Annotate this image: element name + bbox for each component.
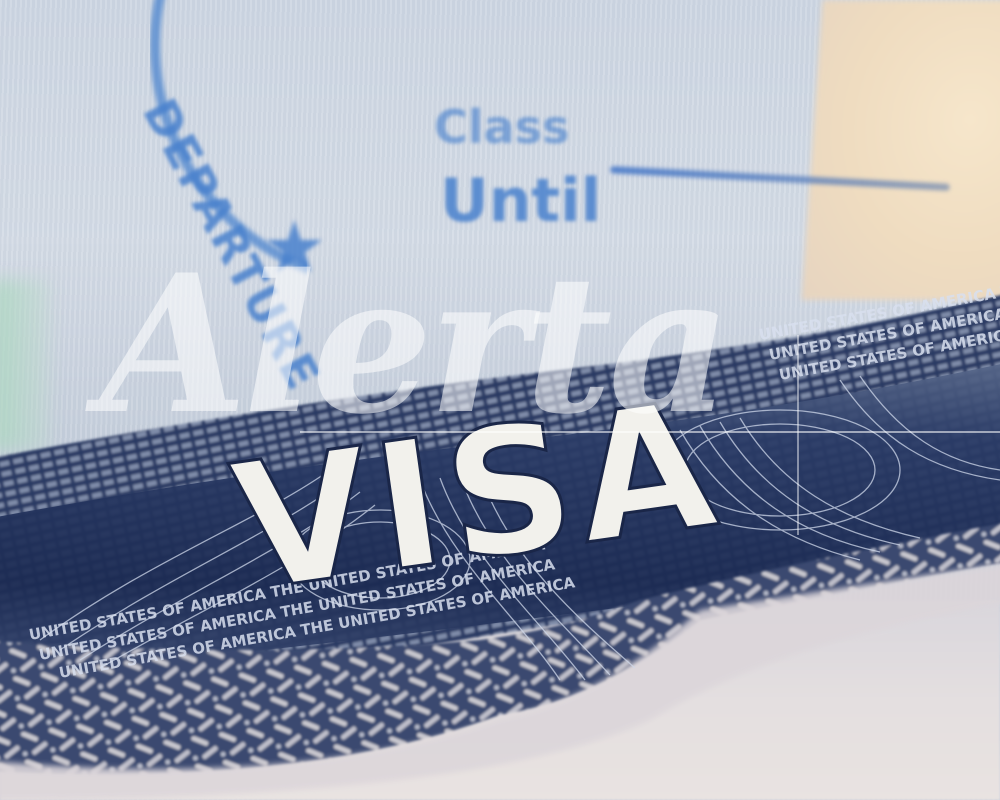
watermark-divider — [797, 335, 799, 535]
watermark-alerta: Alerta — [100, 250, 727, 440]
visa-photo: DEPARTURE ★ Class Until — [0, 0, 1000, 800]
watermark-underline — [300, 431, 1000, 433]
